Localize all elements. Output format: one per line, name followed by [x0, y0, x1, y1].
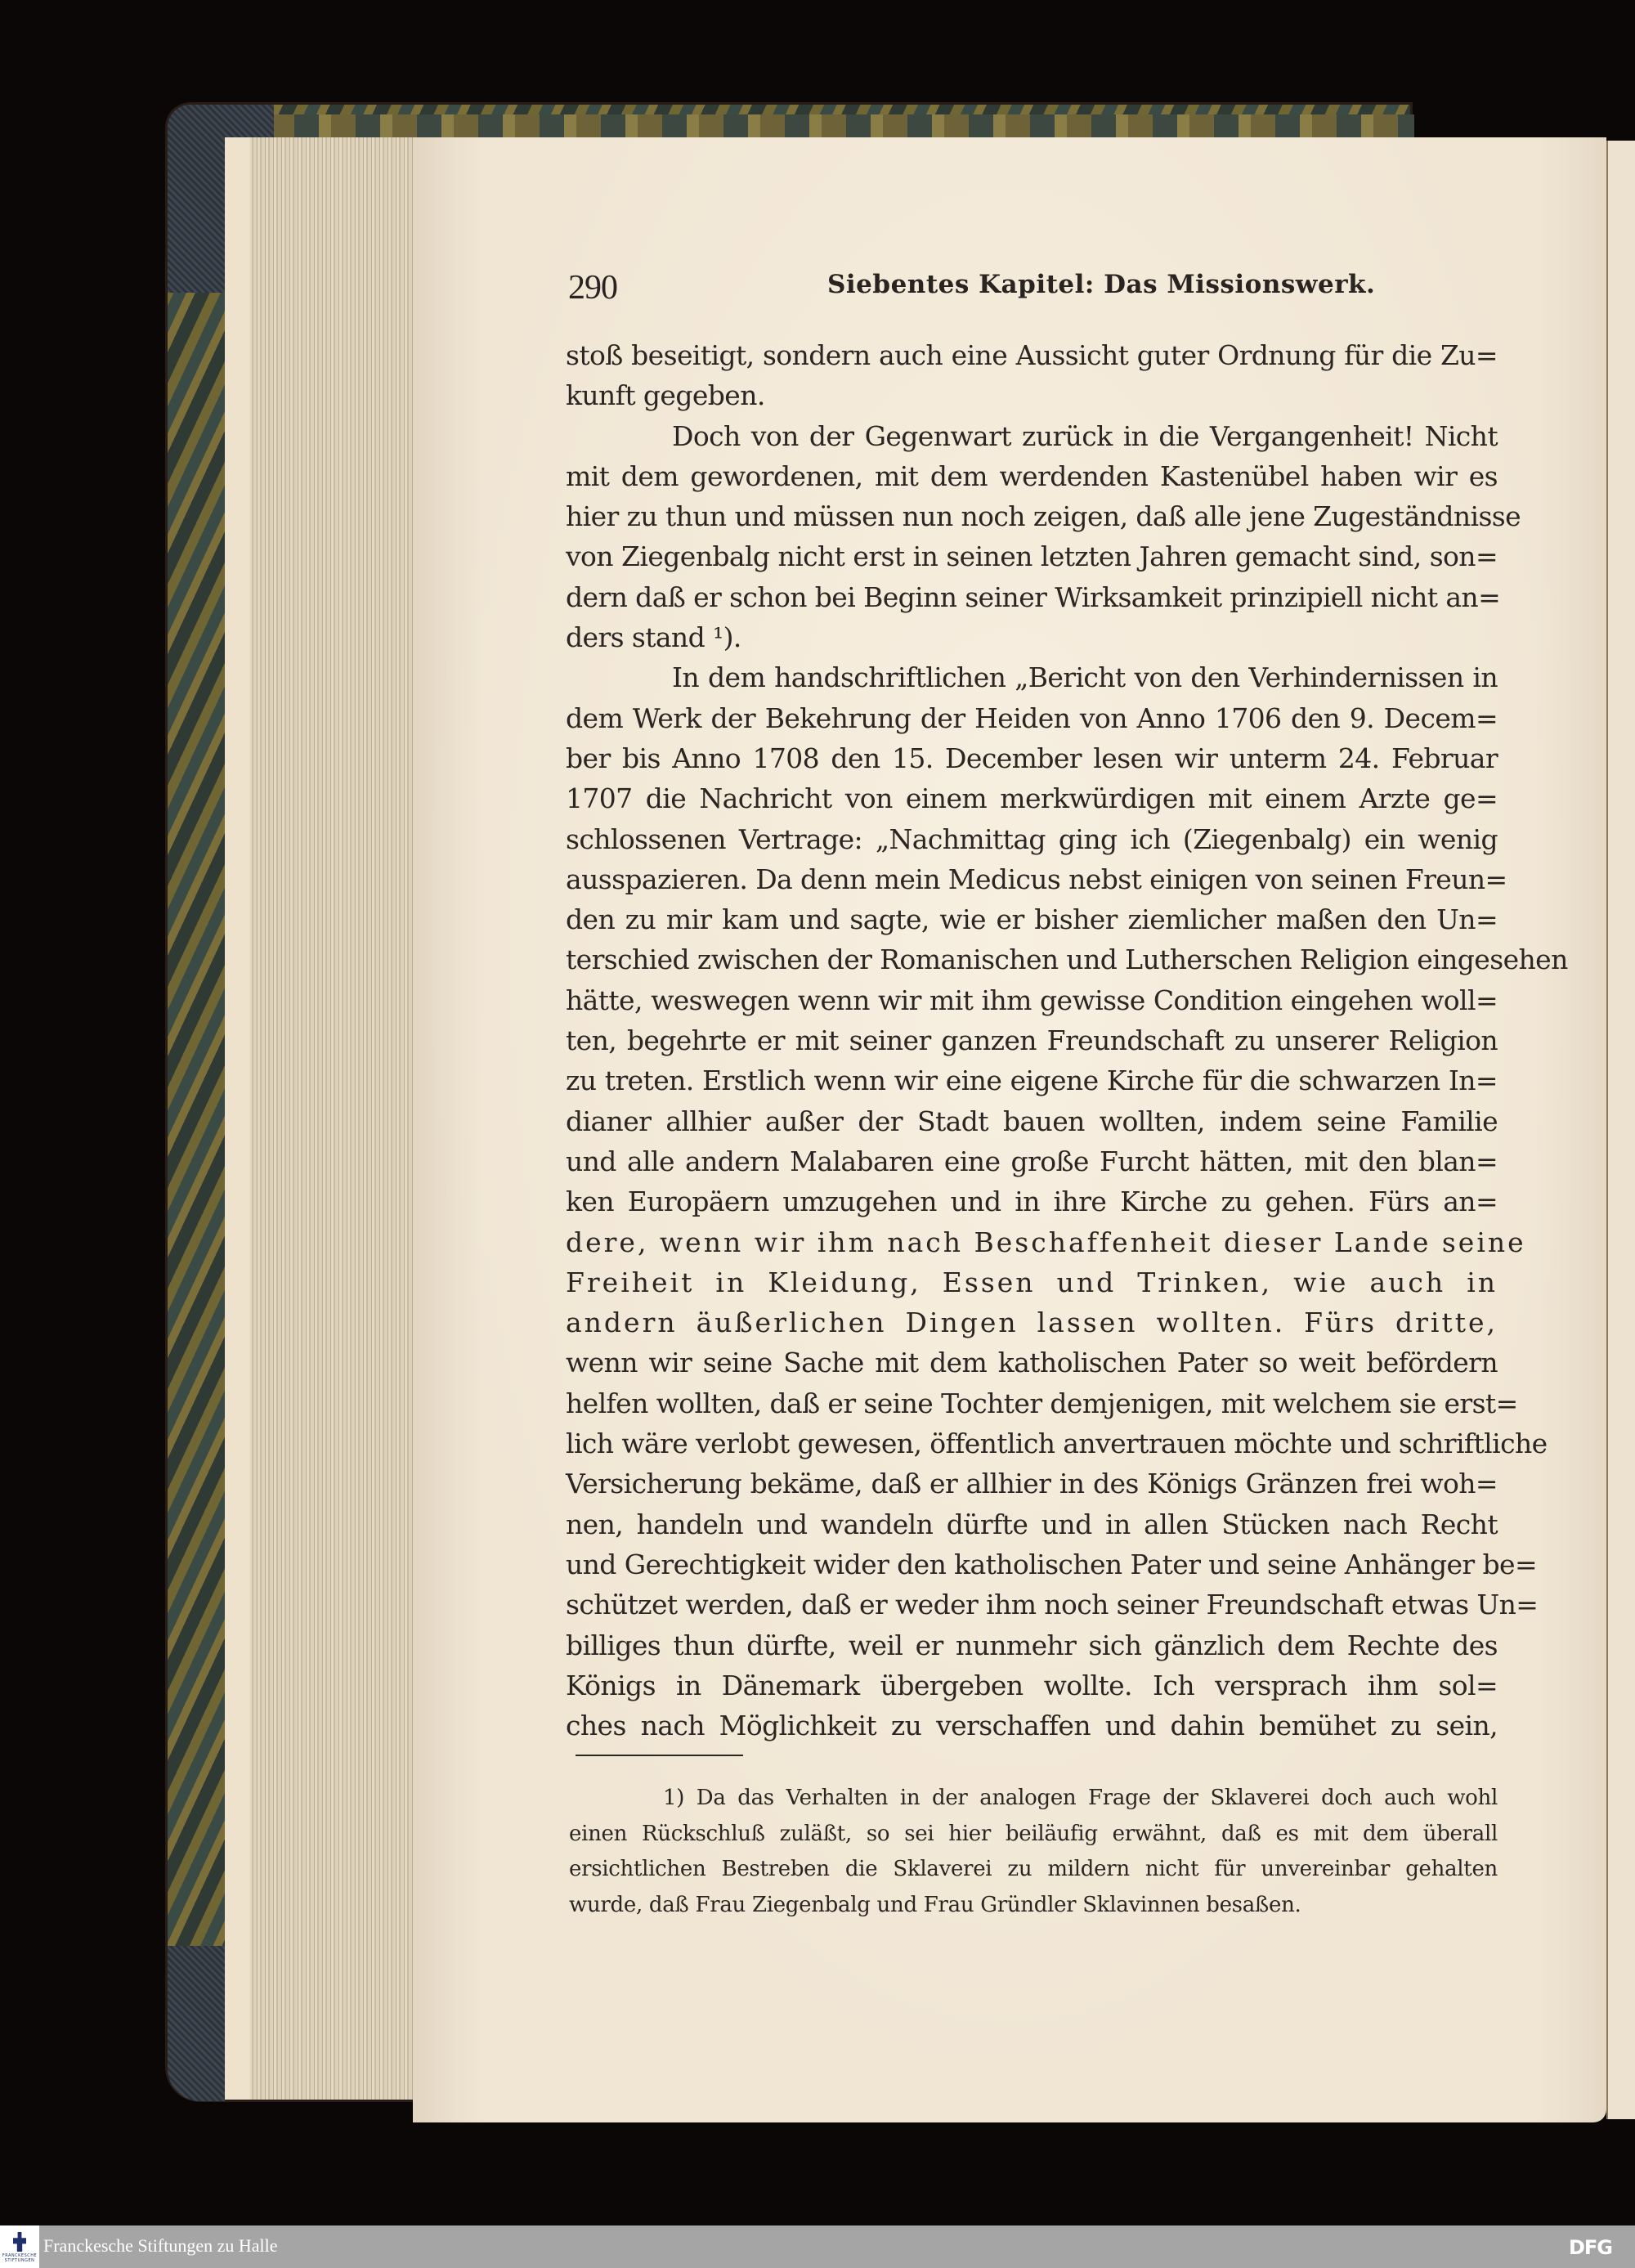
- text-line: kunft gegeben.: [566, 375, 1498, 415]
- text-line: mit dem gewordenen, mit dem werdenden Ka…: [566, 456, 1498, 496]
- text-line: von Ziegenbalg nicht erst in seinen letz…: [566, 536, 1498, 576]
- body-text: stoß beseitigt, sondern auch eine Aussic…: [566, 335, 1498, 1746]
- text-line: billiges thun dürfte, weil er nunmehr si…: [566, 1625, 1498, 1665]
- text-line: terschied zwischen der Romanischen und L…: [566, 939, 1498, 979]
- text-line: schützet werden, daß er weder ihm noch s…: [566, 1584, 1498, 1625]
- page-number: 290: [568, 268, 617, 307]
- institution-logo: FRANCKESCHE STIFTUNGEN: [0, 2225, 39, 2268]
- text-line-spaced: Freiheit in Kleidung, Essen und Trinken,…: [566, 1262, 1498, 1302]
- text-line: hätte, weswegen wenn wir mit ihm gewisse…: [566, 980, 1498, 1020]
- text-line: ches nach Möglichkeit zu verschaffen und…: [566, 1705, 1498, 1746]
- text-line: ausspazieren. Da denn mein Medicus nebst…: [566, 859, 1498, 899]
- text-line: ten, begehrte er mit seiner ganzen Freun…: [566, 1020, 1498, 1060]
- text-line-spaced: dere, wenn wir ihm nach Beschaffenheit d…: [566, 1222, 1498, 1262]
- text-line: wenn wir seine Sache mit dem katholische…: [566, 1342, 1498, 1383]
- text-line: Königs in Dänemark übergeben wollte. Ich…: [566, 1665, 1498, 1705]
- footnote-line: ersichtlichen Bestreben die Sklaverei zu…: [569, 1852, 1498, 1888]
- text-line: den zu mir kam und sagte, wie er bisher …: [566, 899, 1498, 939]
- dfg-logo-icon: DFG: [1569, 2236, 1612, 2259]
- book-top-edge: [270, 114, 1414, 139]
- text-line: lich wäre verlobt gewesen, öffentlich an…: [566, 1423, 1498, 1463]
- text-line: zu treten. Erstlich wenn wir eine eigene…: [566, 1060, 1498, 1100]
- text-line: dem Werk der Bekehrung der Heiden von An…: [566, 698, 1498, 738]
- viewer-footer-bar: FRANCKESCHE STIFTUNGEN Franckesche Stift…: [0, 2225, 1635, 2268]
- text-line: 1707 die Nachricht von einem merkwürdige…: [566, 778, 1498, 818]
- cloth-spine-bottom: [168, 1946, 225, 2101]
- text-line: Versicherung bekäme, daß er allhier in d…: [566, 1463, 1498, 1504]
- text-line: schlossenen Vertrage: „Nachmittag ging i…: [566, 819, 1498, 859]
- text-line: stoß beseitigt, sondern auch eine Aussic…: [566, 335, 1498, 375]
- facing-page-edge: [1606, 141, 1635, 2119]
- text-line: ber bis Anno 1708 den 15. December lesen…: [566, 738, 1498, 778]
- paragraph-start: Doch von der Gegenwart zurück in die Ver…: [566, 416, 1498, 456]
- running-head: Siebentes Kapitel: Das Missionswerk.: [827, 270, 1375, 299]
- footnote: 1) Da das Verhalten in der analogen Frag…: [569, 1781, 1498, 1923]
- text-line: hier zu thun und müssen nun noch zeigen,…: [566, 496, 1498, 536]
- footnote-line: wurde, daß Frau Ziegenbalg und Frau Grün…: [569, 1888, 1498, 1924]
- footnote-line: 1) Da das Verhalten in der analogen Frag…: [569, 1781, 1498, 1817]
- text-line-footnote-ref: ders stand ¹).: [566, 617, 1498, 657]
- text-line: und Gerechtigkeit wider den katholischen…: [566, 1544, 1498, 1584]
- text-line-spaced: andern äußerlichen Dingen lassen wollten…: [566, 1302, 1498, 1342]
- text-line: nen, handeln und wandeln dürfte und in a…: [566, 1504, 1498, 1544]
- paragraph-start: In dem handschriftlichen „Bericht von de…: [566, 657, 1498, 697]
- text-line: helfen wollten, daß er seine Tochter dem…: [566, 1383, 1498, 1423]
- text-line: dern daß er schon bei Beginn seiner Wirk…: [566, 577, 1498, 617]
- franckesche-figure-icon: [13, 2232, 26, 2252]
- page-block-edges: [225, 137, 421, 2100]
- text-line: ken Europäern umzugehen und in ihre Kirc…: [566, 1181, 1498, 1221]
- institution-name: Franckesche Stiftungen zu Halle: [43, 2235, 278, 2257]
- footnote-rule: [576, 1755, 743, 1756]
- footnote-line: einen Rückschluß zuläßt, so sei hier bei…: [569, 1817, 1498, 1853]
- text-line: und alle andern Malabaren eine große Fur…: [566, 1141, 1498, 1181]
- text-line: dianer allhier außer der Stadt bauen wol…: [566, 1101, 1498, 1141]
- logo-caption: FRANCKESCHE STIFTUNGEN: [2, 2253, 38, 2263]
